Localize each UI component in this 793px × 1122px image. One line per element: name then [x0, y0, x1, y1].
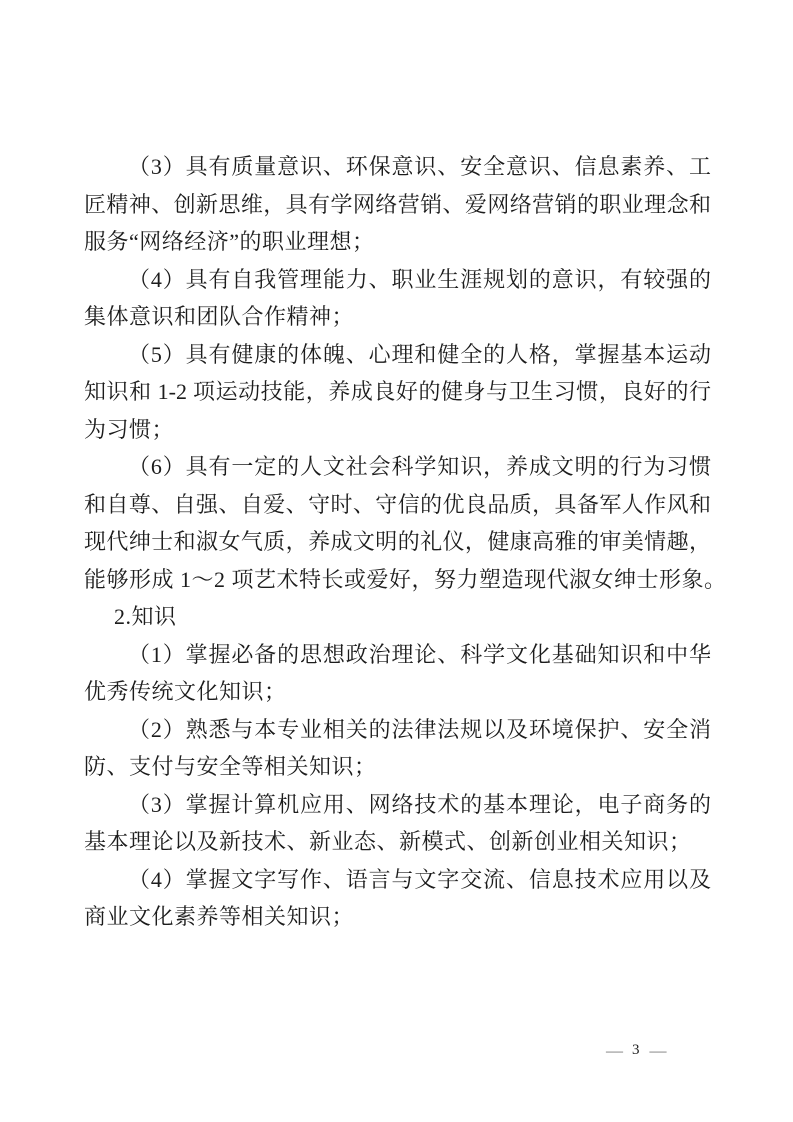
text-line: （3）具有质量意识、环保意识、安全意识、信息素养、工 — [84, 148, 711, 186]
text-line: 知识和 1-2 项运动技能，养成良好的健身与卫生习惯，良好的行 — [84, 373, 711, 411]
text-line: （1）掌握必备的思想政治理论、科学文化基础知识和中华 — [84, 636, 711, 674]
text-line: 和自尊、自强、自爱、守时、守信的优良品质，具备军人作风和 — [84, 486, 711, 524]
text-line: 基本理论以及新技术、新业态、新模式、创新创业相关知识； — [84, 823, 711, 861]
document-body: （3）具有质量意识、环保意识、安全意识、信息素养、工匠精神、创新思维，具有学网络… — [84, 148, 711, 936]
text-line: 优秀传统文化知识； — [84, 673, 711, 711]
text-line: （4）掌握文字写作、语言与文字交流、信息技术应用以及 — [84, 861, 711, 899]
text-line: （3）掌握计算机应用、网络技术的基本理论，电子商务的 — [84, 786, 711, 824]
text-line: 服务“网络经济”的职业理想； — [84, 223, 711, 261]
page-footer: — 3 — — [606, 1042, 666, 1059]
text-line: （5）具有健康的体魄、心理和健全的人格，掌握基本运动 — [84, 336, 711, 374]
document-page: （3）具有质量意识、环保意识、安全意识、信息素养、工匠精神、创新思维，具有学网络… — [0, 0, 793, 1122]
heading-line: 2.知识 — [84, 598, 711, 636]
text-line: 能够形成 1～2 项艺术特长或爱好，努力塑造现代淑女绅士形象。 — [84, 561, 711, 599]
text-line: （4）具有自我管理能力、职业生涯规划的意识，有较强的 — [84, 261, 711, 299]
text-line: 为习惯； — [84, 411, 711, 449]
text-line: 防、支付与安全等相关知识； — [84, 748, 711, 786]
text-line: （2）熟悉与本专业相关的法律法规以及环境保护、安全消 — [84, 711, 711, 749]
page-number: 3 — [631, 1042, 641, 1059]
footer-dash-left: — — [606, 1042, 622, 1059]
text-line: （6）具有一定的人文社会科学知识，养成文明的行为习惯 — [84, 448, 711, 486]
text-line: 匠精神、创新思维，具有学网络营销、爱网络营销的职业理念和 — [84, 186, 711, 224]
text-line: 集体意识和团队合作精神； — [84, 298, 711, 336]
text-line: 现代绅士和淑女气质，养成文明的礼仪，健康高雅的审美情趣， — [84, 523, 711, 561]
footer-dash-right: — — [650, 1042, 666, 1059]
text-line: 商业文化素养等相关知识； — [84, 898, 711, 936]
